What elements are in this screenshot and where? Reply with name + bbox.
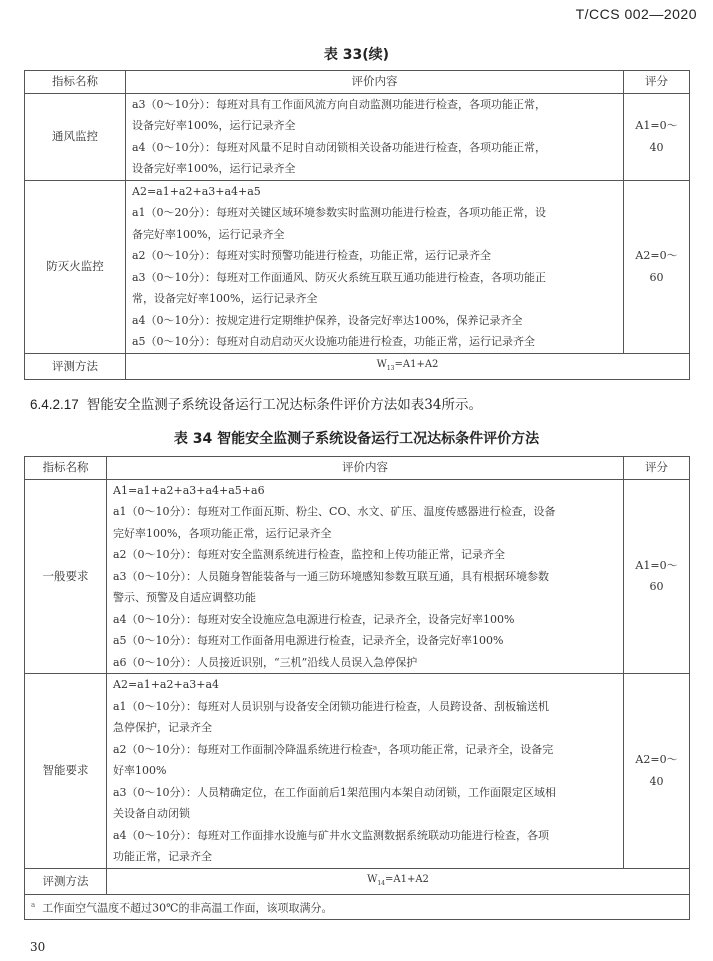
score-range: A2=0～40 bbox=[624, 674, 690, 869]
content-line: a5（0～10分）：每班对自动启动灭火设施功能进行检查，功能正常，运行记录齐全 bbox=[132, 331, 617, 353]
column-header-indicator: 指标名称 bbox=[25, 457, 107, 480]
footnote: a 工作面空气温度不超过30℃的非高温工作面，该项取满分。 bbox=[25, 895, 690, 920]
content-line: 好率100% bbox=[113, 760, 617, 782]
content-line: a6（0～10分）：人员接近识别，“三机”沿线人员误入急停保护 bbox=[113, 652, 617, 674]
formula-variable: W bbox=[377, 359, 387, 370]
score-range: A1=0～40 bbox=[624, 93, 690, 180]
table-row-fire-prevention: 防灭火监控 A2=a1+a2+a3+a4+a5 a1（0～20分）：每班对关键区… bbox=[25, 180, 690, 353]
document-code: T/CCS 002—2020 bbox=[576, 6, 697, 22]
content-line: a4（0～10分）：每班对风量不足时自动闭锁相关设备功能进行检查，各项功能正常， bbox=[132, 137, 617, 159]
method-label: 评测方法 bbox=[25, 353, 126, 380]
method-formula: W13=A1+A2 bbox=[126, 353, 690, 380]
table-34: 指标名称 评价内容 评分 一般要求 A1=a1+a2+a3+a4+a5+a6 a… bbox=[24, 456, 690, 920]
column-header-content: 评价内容 bbox=[107, 457, 624, 480]
content-line: a4（0～10分）：每班对工作面排水设施与矿井水文监测数据系统联动功能进行检查，… bbox=[113, 825, 617, 847]
content-line: a2（0～10分）：每班对实时预警功能进行检查，功能正常，运行记录齐全 bbox=[132, 245, 617, 267]
evaluation-content: A2=a1+a2+a3+a4 a1（0～10分）：每班对人员识别与设备安全闭锁功… bbox=[107, 674, 624, 869]
evaluation-method-row: 评测方法 W14=A1+A2 bbox=[25, 868, 690, 895]
score-range: A1=0～60 bbox=[624, 479, 690, 674]
content-line: A1=a1+a2+a3+a4+a5+a6 bbox=[113, 480, 617, 502]
content-line: a1（0～10分）：每班对工作面瓦斯、粉尘、CO、水文、矿压、温度传感器进行检查… bbox=[113, 501, 617, 523]
content-line: 急停保护，记录齐全 bbox=[113, 717, 617, 739]
footnote-text: 工作面空气温度不超过30℃的非高温工作面，该项取满分。 bbox=[42, 902, 332, 915]
method-label: 评测方法 bbox=[25, 868, 107, 895]
content-line: 常，设备完好率100%，运行记录齐全 bbox=[132, 288, 617, 310]
formula-variable: W bbox=[367, 874, 377, 885]
footnote-marker: a bbox=[31, 901, 35, 909]
table-row-ventilation: 通风监控 a3（0～10分）：每班对具有工作面风流方向自动监测功能进行检查，各项… bbox=[25, 93, 690, 180]
table-header-row: 指标名称 评价内容 评分 bbox=[25, 71, 690, 94]
content-line: a3（0～10分）：每班对工作面通风、防灭火系统互联互通功能进行检查，各项功能正 bbox=[132, 267, 617, 289]
table-34-title: 表 34 智能安全监测子系统设备运行工况达标条件评价方法 bbox=[0, 428, 713, 448]
page-number: 30 bbox=[30, 940, 45, 954]
content-line: a1（0～20分）：每班对关键区域环境参数实时监测功能进行检查，各项功能正常，设 bbox=[132, 202, 617, 224]
content-line: 设备完好率100%，运行记录齐全 bbox=[132, 158, 617, 180]
column-header-content: 评价内容 bbox=[126, 71, 624, 94]
content-line: 警示、预警及自适应调整功能 bbox=[113, 587, 617, 609]
evaluation-content: A1=a1+a2+a3+a4+a5+a6 a1（0～10分）：每班对工作面瓦斯、… bbox=[107, 479, 624, 674]
method-formula: W14=A1+A2 bbox=[107, 868, 690, 895]
table-33: 指标名称 评价内容 评分 通风监控 a3（0～10分）：每班对具有工作面风流方向… bbox=[24, 70, 690, 380]
evaluation-content: a3（0～10分）：每班对具有工作面风流方向自动监测功能进行检查，各项功能正常，… bbox=[126, 93, 624, 180]
content-line: 功能正常，记录齐全 bbox=[113, 846, 617, 868]
section-paragraph: 6.4.2.17智能安全监测子系统设备运行工况达标条件评价方法如表34所示。 bbox=[30, 393, 482, 413]
footnote-row: a 工作面空气温度不超过30℃的非高温工作面，该项取满分。 bbox=[25, 895, 690, 920]
content-line: a4（0～10分）：每班对安全设施应急电源进行检查，记录齐全，设备完好率100% bbox=[113, 609, 617, 631]
content-line: a2（0～10分）：每班对工作面制冷降温系统进行检查ᵃ，各项功能正常，记录齐全，… bbox=[113, 739, 617, 761]
content-line: a5（0～10分）：每班对工作面备用电源进行检查，记录齐全，设备完好率100% bbox=[113, 630, 617, 652]
content-line: a1（0～10分）：每班对人员识别与设备安全闭锁功能进行检查，人员跨设备、刮板输… bbox=[113, 696, 617, 718]
content-line: A2=a1+a2+a3+a4+a5 bbox=[132, 181, 617, 203]
content-line: a3（0～10分）：人员随身智能装备与一通三防环境感知参数互联互通，具有根据环境… bbox=[113, 566, 617, 588]
formula-expression: =A1+A2 bbox=[385, 874, 429, 885]
content-line: 设备完好率100%，运行记录齐全 bbox=[132, 115, 617, 137]
column-header-score: 评分 bbox=[624, 457, 690, 480]
score-range: A2=0～60 bbox=[624, 180, 690, 353]
section-number: 6.4.2.17 bbox=[30, 397, 79, 412]
indicator-name: 防灭火监控 bbox=[25, 180, 126, 353]
content-line: a4（0～10分）：按规定进行定期维护保养，设备完好率达100%，保养记录齐全 bbox=[132, 310, 617, 332]
table-row-intelligent-requirements: 智能要求 A2=a1+a2+a3+a4 a1（0～10分）：每班对人员识别与设备… bbox=[25, 674, 690, 869]
column-header-score: 评分 bbox=[624, 71, 690, 94]
content-line: 完好率100%，各项功能正常，运行记录齐全 bbox=[113, 523, 617, 545]
content-line: a3（0～10分）：人员精确定位，在工作面前后1架范围内本架自动闭锁，工作面限定… bbox=[113, 782, 617, 804]
indicator-name: 智能要求 bbox=[25, 674, 107, 869]
section-text: 智能安全监测子系统设备运行工况达标条件评价方法如表34所示。 bbox=[87, 397, 482, 413]
formula-expression: =A1+A2 bbox=[394, 359, 438, 370]
content-line: a3（0～10分）：每班对具有工作面风流方向自动监测功能进行检查，各项功能正常， bbox=[132, 94, 617, 116]
indicator-name: 通风监控 bbox=[25, 93, 126, 180]
content-line: 关设备自动闭锁 bbox=[113, 803, 617, 825]
table-header-row: 指标名称 评价内容 评分 bbox=[25, 457, 690, 480]
indicator-name: 一般要求 bbox=[25, 479, 107, 674]
content-line: A2=a1+a2+a3+a4 bbox=[113, 674, 617, 696]
content-line: a2（0～10分）：每班对安全监测系统进行检查，监控和上传功能正常，记录齐全 bbox=[113, 544, 617, 566]
evaluation-content: A2=a1+a2+a3+a4+a5 a1（0～20分）：每班对关键区域环境参数实… bbox=[126, 180, 624, 353]
formula-subscript: 14 bbox=[377, 880, 385, 887]
evaluation-method-row: 评测方法 W13=A1+A2 bbox=[25, 353, 690, 380]
table-33-title: 表 33(续) bbox=[0, 44, 713, 64]
column-header-indicator: 指标名称 bbox=[25, 71, 126, 94]
content-line: 备完好率100%，运行记录齐全 bbox=[132, 224, 617, 246]
table-row-general-requirements: 一般要求 A1=a1+a2+a3+a4+a5+a6 a1（0～10分）：每班对工… bbox=[25, 479, 690, 674]
